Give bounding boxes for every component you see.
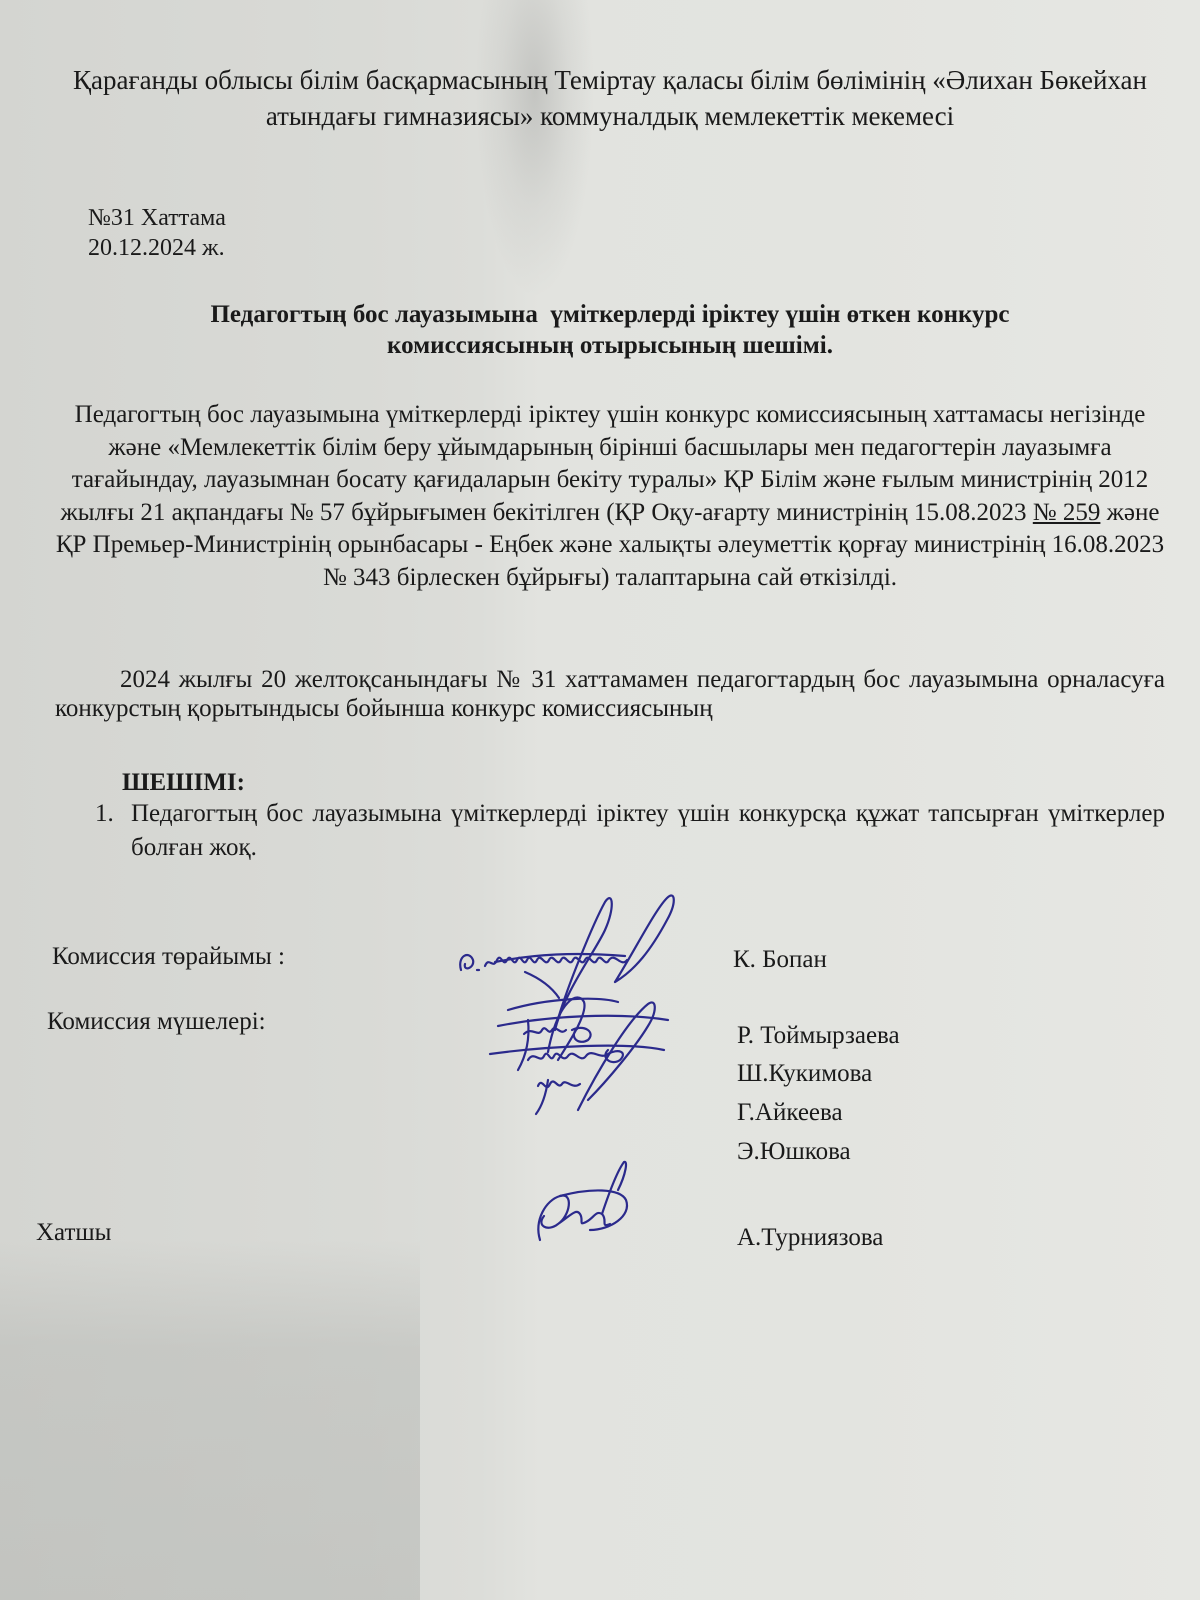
paragraph-results: 2024 жылғы 20 желтоқсанындағы № 31 хатта…: [55, 665, 1165, 723]
member-name-4: Э.Юшкова: [737, 1135, 851, 1169]
decision-item: 1. Педагогтың бос лауазымына үміткерлерд…: [95, 797, 1165, 865]
chair-label: Комиссия төрайымы :: [52, 940, 285, 974]
decision-item-number: 1.: [95, 797, 114, 831]
decision-heading: ШЕШІМІ:: [122, 766, 245, 800]
document-title-line-2: комиссиясының отырысының шешімі.: [100, 330, 1120, 361]
protocol-number: №31 Хаттама: [88, 203, 226, 233]
paragraph-legal-basis-part-1: Педагогтың бос лауазымына үміткерлерді і…: [60, 401, 1148, 526]
secretary-signature-icon: [530, 1160, 640, 1250]
paragraph-legal-basis: Педагогтың бос лауазымына үміткерлерді і…: [55, 399, 1165, 594]
member-name-1: Р. Тоймырзаева: [737, 1019, 900, 1053]
decision-item-text: Педагогтың бос лауазымына үміткерлерді і…: [131, 797, 1165, 865]
chair-name: К. Бопан: [733, 943, 827, 977]
protocol-date: 20.12.2024 ж.: [88, 233, 226, 263]
member-name-2: Ш.Кукимова: [737, 1057, 872, 1091]
secretary-label: Хатшы: [36, 1216, 111, 1250]
document-title: Педагогтың бос лауазымына үміткерлерді і…: [100, 299, 1120, 361]
document-title-line-1: Педагогтың бос лауазымына үміткерлерді і…: [100, 299, 1120, 330]
secretary-name: А.Турниязова: [737, 1221, 883, 1255]
members-signature-icon: [488, 990, 688, 1120]
member-name-3: Г.Айкеева: [737, 1096, 843, 1130]
organization-header: Қарағанды облысы білім басқармасының Тем…: [60, 62, 1160, 134]
order-number-underlined: № 259: [1033, 499, 1101, 526]
shadow-region: [0, 1240, 420, 1600]
protocol-info: №31 Хаттама 20.12.2024 ж.: [88, 203, 226, 263]
members-label: Комиссия мүшелері:: [47, 1005, 266, 1039]
ink-smudge: [475, 0, 595, 300]
